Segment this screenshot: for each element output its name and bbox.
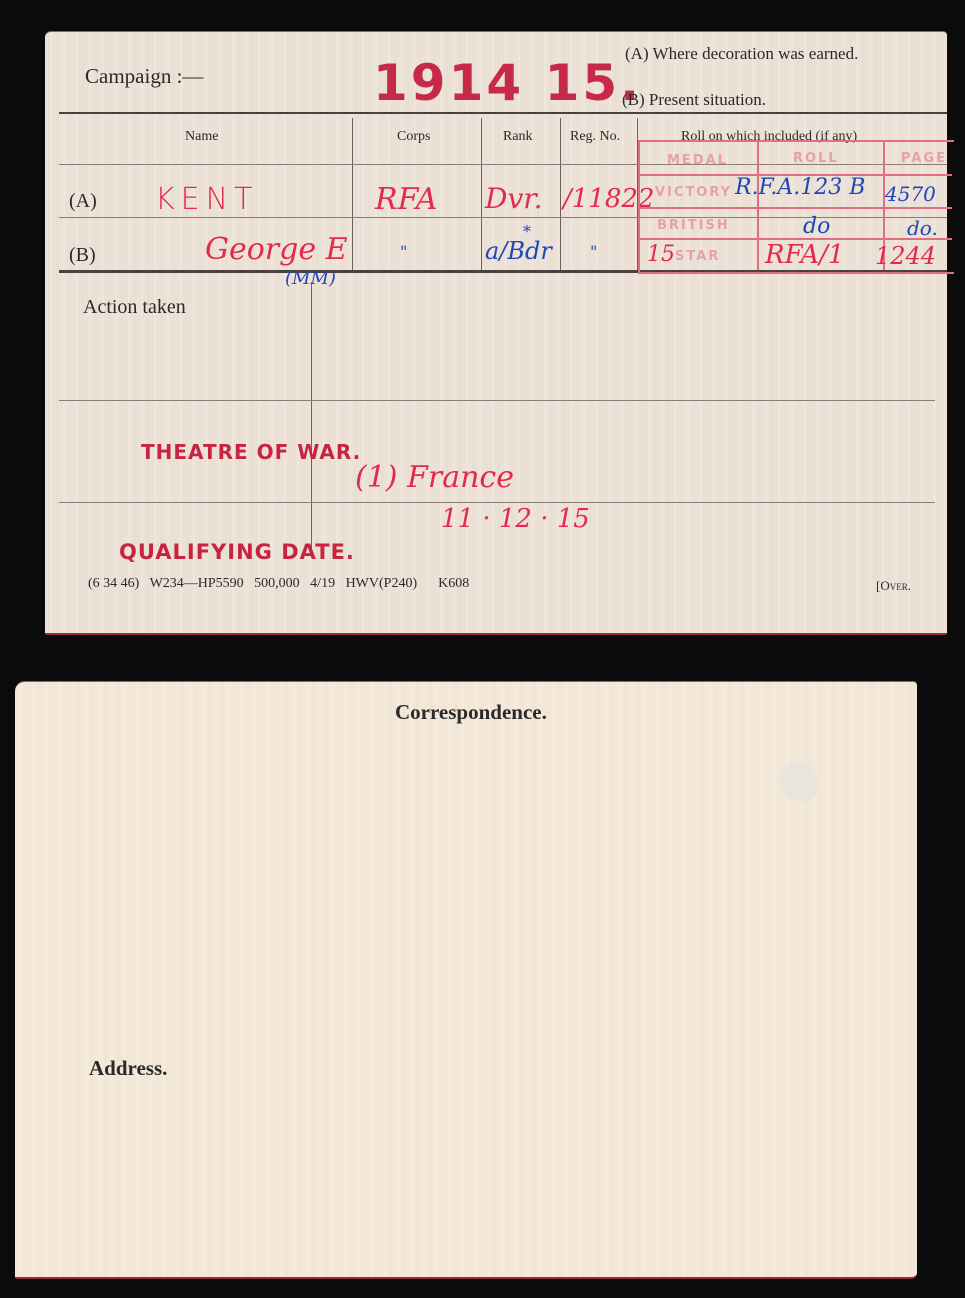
page-victory: 4570 — [885, 182, 936, 206]
col-divider — [352, 118, 353, 270]
col-divider — [481, 118, 482, 270]
col-header-rank: Rank — [503, 129, 533, 145]
roll-victory: R.F.A.123 B — [735, 175, 865, 200]
action-taken-label: Action taken — [83, 296, 186, 319]
stamp-header-medal: MEDAL — [667, 153, 728, 168]
stamp-rule — [640, 207, 952, 209]
page-british: do. — [907, 216, 938, 240]
header-rule — [59, 112, 947, 114]
stamp-header-page: PAGE — [901, 151, 947, 166]
campaign-year-stamp: 1914 15. — [373, 54, 642, 112]
row-a-rank: Dvr. — [485, 182, 542, 215]
theatre-of-war-stamp: THEATRE OF WAR. — [141, 440, 361, 464]
col-divider — [560, 118, 561, 270]
campaign-label: Campaign :— — [85, 64, 203, 89]
row-b-reg-no-ditto: " — [590, 242, 597, 261]
legend-b: (B) Present situation. — [622, 90, 766, 110]
address-label: Address. — [89, 1056, 167, 1081]
row-b-corps-ditto: " — [400, 242, 407, 261]
correspondence-title: Correspondence. — [395, 700, 547, 725]
qualifying-date-value: 11 · 12 · 15 — [441, 504, 590, 534]
section-divider — [311, 282, 312, 557]
col-header-reg-no: Reg. No. — [570, 129, 620, 145]
medal-index-card-front: Campaign :— 1914 15. (A) Where decoratio… — [45, 31, 947, 635]
row-a-name: KENT — [155, 182, 258, 217]
print-reference: (6 34 46) W234—HP5590 500,000 4/19 HWV(P… — [88, 576, 469, 592]
medal-victory: VICTORY — [655, 185, 732, 200]
section-rule — [59, 502, 935, 503]
legend-a: (A) Where decoration was earned. — [625, 44, 858, 64]
stamp-header-roll: ROLL — [793, 151, 839, 166]
row-b-name: George E — [205, 232, 348, 267]
theatre-of-war-value: (1) France — [355, 460, 514, 495]
row-b-rank: a/Bdr — [485, 237, 552, 265]
medal-star: STAR — [675, 249, 720, 264]
watermark-mark — [780, 762, 818, 802]
col-header-name: Name — [185, 129, 218, 145]
roll-british: do — [803, 214, 830, 239]
over-label: [Over. — [876, 578, 911, 594]
medal-index-card-back: Correspondence. Address. — [15, 681, 917, 1279]
qualifying-date-stamp: QUALIFYING DATE. — [119, 540, 355, 564]
col-header-corps: Corps — [397, 129, 430, 145]
row-a-corps: RFA — [375, 182, 437, 217]
section-rule — [59, 400, 935, 401]
row-b-label: (B) — [69, 244, 96, 267]
row-a-label: (A) — [69, 190, 97, 213]
page-star: 1244 — [875, 242, 936, 270]
row-b-rank-note: * — [523, 222, 531, 241]
medal-star-prefix: 15 — [647, 242, 675, 267]
medal-british: BRITISH — [657, 218, 730, 233]
stamp-divider — [757, 142, 759, 270]
roll-star: RFA/1 — [765, 240, 844, 270]
